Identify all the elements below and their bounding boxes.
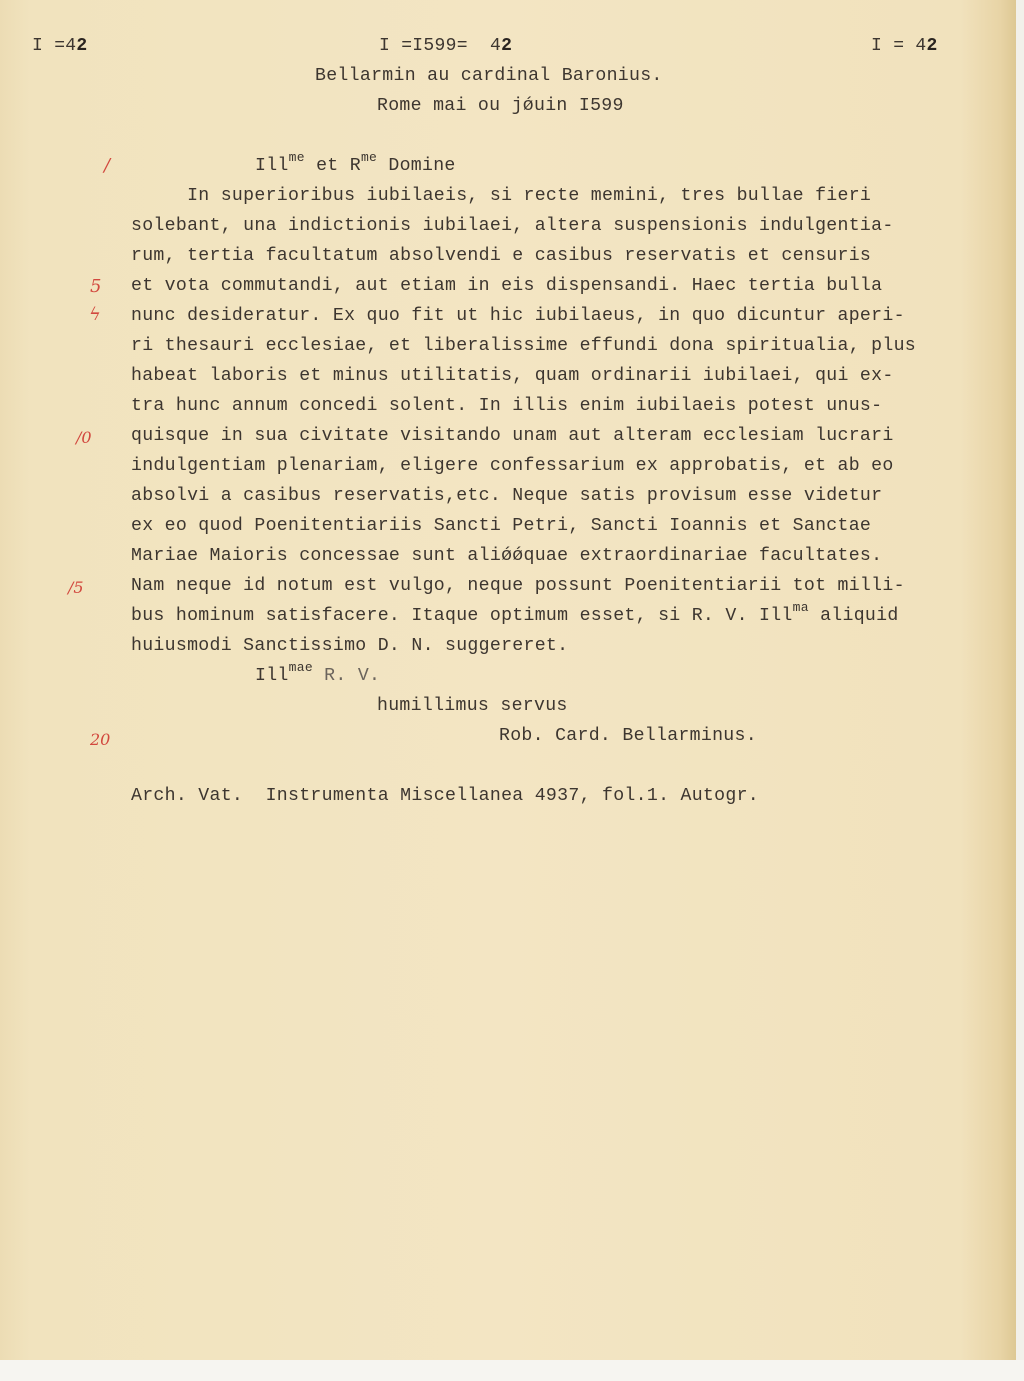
page-number-center: I =I599= 42 (379, 36, 512, 56)
body-line-10: indulgentiam plenariam, eligere confessa… (131, 456, 894, 476)
page-number-right: I = 42 (871, 36, 938, 56)
margin-mark-20: 20 (90, 730, 110, 750)
body-line-7: habeat laboris et minus utilitatis, quam… (131, 366, 894, 386)
body-line-14: Nam neque id notum est vulgo, neque poss… (131, 576, 905, 596)
body-line-12: ex eo quod Poenitentiariis Sancti Petri,… (131, 516, 871, 536)
page-edge (1016, 0, 1024, 1381)
body-line-11: absolvi a casibus reservatis,etc. Neque … (131, 486, 882, 506)
body-line-2: solebant, una indictionis iubilaei, alte… (131, 216, 894, 236)
body-line-4: et vota commutandi, aut etiam in eis dis… (131, 276, 882, 296)
body-line-1: In superioribus iubilaeis, si recte memi… (131, 186, 871, 206)
salutation: Illme et Rme Domine (255, 156, 456, 176)
margin-mark-5-struck: ϟ (89, 305, 101, 325)
document-date: Rome mai ou jǿuin I599 (377, 96, 624, 116)
body-line-16: huiusmodi Sanctissimo D. N. suggereret. (131, 636, 568, 656)
body-line-15: bus hominum satisfacere. Itaque optimum … (131, 606, 899, 626)
body-line-13: Mariae Maioris concessae sunt aliǿǿquae … (131, 546, 882, 566)
document-page: I =42 I =I599= 42 I = 42 Bellarmin au ca… (0, 0, 1016, 1360)
closing-address: Illmae R. V. (255, 666, 380, 686)
margin-mark-1: / (104, 156, 110, 176)
page-number-left: I =42 (32, 36, 88, 56)
body-line-9: quisque in sua civitate visitando unam a… (131, 426, 894, 446)
body-line-8: tra hunc annum concedi solent. In illis … (131, 396, 882, 416)
source-citation: Arch. Vat. Instrumenta Miscellanea 4937,… (131, 786, 759, 806)
margin-mark-15: /5 (68, 578, 84, 598)
closing-servus: humillimus servus (377, 696, 568, 716)
document-title: Bellarmin au cardinal Baronius. (315, 66, 663, 86)
scan-bottom-margin (0, 1360, 1024, 1381)
body-line-5: nunc desideratur. Ex quo fit ut hic iubi… (131, 306, 905, 326)
body-line-3: rum, tertia facultatum absolvendi e casi… (131, 246, 871, 266)
margin-mark-5: 5 (90, 277, 101, 297)
signature: Rob. Card. Bellarminus. (499, 726, 757, 746)
margin-mark-10: /0 (76, 428, 92, 448)
body-line-6: ri thesauri ecclesiae, et liberalissime … (131, 336, 916, 356)
